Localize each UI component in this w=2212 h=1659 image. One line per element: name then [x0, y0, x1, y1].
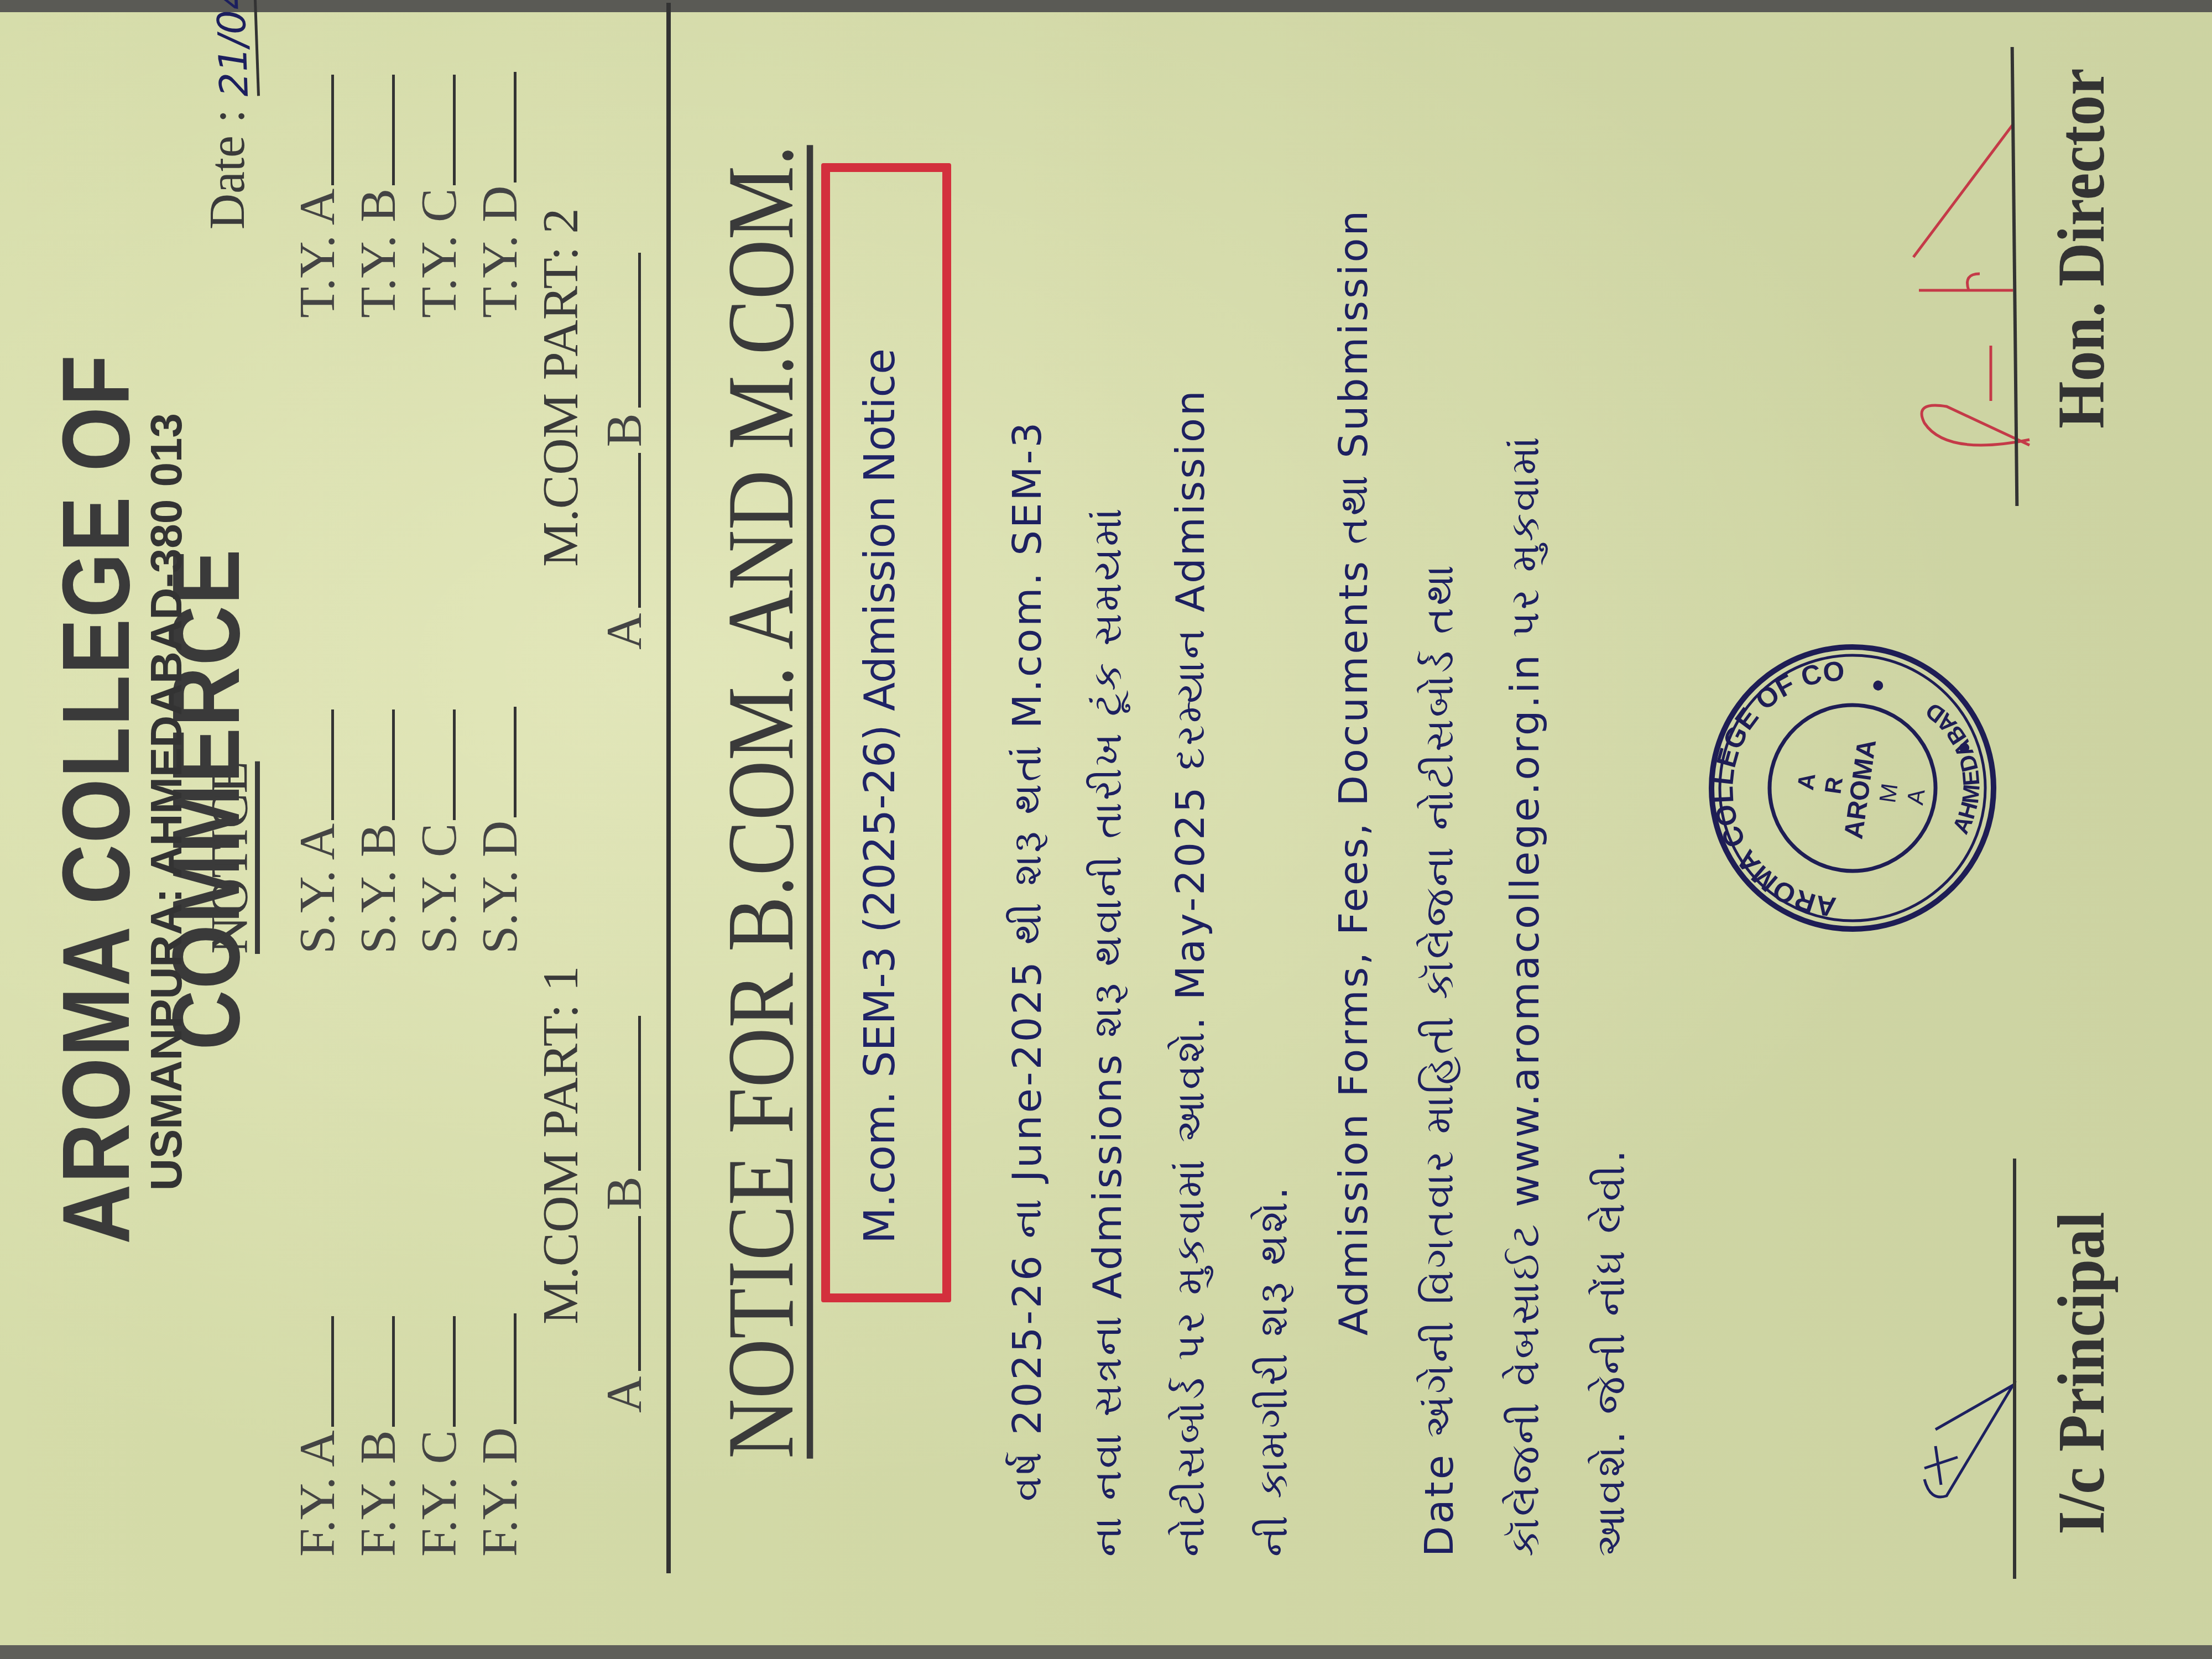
body-line-6: Date અંગેની વિગતવાર માહિતી કૉલેજના નોટીસ…	[1416, 563, 1463, 1557]
blank-line	[514, 707, 517, 817]
principal-signature-icon	[1902, 1280, 2046, 1512]
blank-line	[638, 453, 641, 608]
body-line-8: આવશે. જેની નોંધ લેવી.	[1587, 1148, 1635, 1557]
svg-text:R: R	[1819, 775, 1848, 796]
blank-line	[514, 72, 517, 182]
principal-title: I/c Principal	[2043, 1212, 2120, 1535]
director-title: Hon. Director	[2043, 68, 2120, 429]
mcom-part1-title: M.COM PART: 1	[531, 966, 589, 1324]
date-value: 21/04/2025	[204, 0, 260, 97]
body-line-1: વર્ષ 2025-26 ના June-2025 થી શરૂ થતાં M.…	[1004, 420, 1051, 1501]
mcom-part2-title: M.COM PART: 2	[531, 208, 589, 567]
class-ty-c: T.Y. C	[409, 75, 468, 318]
class-ty-b: T.Y. B	[348, 75, 407, 318]
principal-signature-line	[2013, 1159, 2016, 1579]
subject-box: M.com. SEM-3 (2025-26) Admission Notice	[821, 163, 951, 1302]
blank-line	[392, 709, 395, 820]
class-fy-c: F.Y. C	[409, 1316, 468, 1557]
class-ty-a: T.Y. A	[288, 75, 346, 318]
photo-top-border	[0, 0, 2212, 12]
college-seal-icon: AROMA COLLEGE OF COMMERCE AHMEDABAD A R …	[1683, 614, 2022, 962]
class-fy-a: F.Y. A	[288, 1316, 346, 1557]
blank-line	[331, 75, 334, 185]
blank-line	[453, 709, 456, 820]
class-sy-b: S.Y. B	[348, 709, 407, 954]
photo-bottom-border	[0, 1645, 2212, 1659]
mcom-part1-sections: AB	[594, 1010, 653, 1413]
date-field: Date : 21/04/2025	[199, 0, 256, 229]
blank-line	[638, 1016, 641, 1171]
svg-text:A: A	[1902, 787, 1929, 806]
blank-line	[453, 75, 456, 185]
notice-heading: NOTICE FOR B.COM. AND M.COM.	[706, 41, 816, 1562]
body-line-3: નોટીસબોર્ડ પર મુકવામાં આવશે. May-2025 દર…	[1167, 388, 1214, 1557]
notice-page: AROMA COLLEGE OF COMMERCE USMANPURA: AHM…	[0, 14, 2212, 1645]
svg-text:A: A	[1792, 771, 1820, 792]
date-label: Date :	[200, 109, 255, 229]
blank-line	[392, 75, 395, 185]
notice-label: NOTICE	[199, 761, 260, 954]
class-sy-c: S.Y. C	[409, 709, 468, 954]
svg-text:M: M	[1874, 782, 1902, 805]
class-fy-d: F.Y. D	[470, 1313, 529, 1557]
college-address: USMANPURA: AHMEDABAD-380 013	[141, 290, 192, 1313]
blank-line	[392, 1316, 395, 1427]
blank-line	[331, 709, 334, 820]
divider-rule	[666, 3, 671, 1573]
class-sy-a: S.Y. A	[288, 709, 346, 954]
mcom-part2-sections: AB	[594, 247, 653, 650]
blank-line	[638, 253, 641, 408]
class-ty-d: T.Y. D	[470, 72, 529, 318]
notice-photo: AROMA COLLEGE OF COMMERCE USMANPURA: AHM…	[0, 0, 2212, 1659]
body-line-4: ની કામગીરી શરૂ થશે.	[1250, 1185, 1297, 1557]
blank-line	[331, 1316, 334, 1427]
body-line-7: કૉલેજની વેબસાઈટ www.aromacollege.org.in …	[1501, 435, 1549, 1557]
body-line-2: ના નવા સત્રના Admissions શરૂ થવાની તારીખ…	[1084, 506, 1131, 1557]
body-line-5: Admission Forms, Fees, Documents તથા Sub…	[1330, 208, 1378, 1335]
subject-text: M.com. SEM-3 (2025-26) Admission Notice	[855, 348, 904, 1244]
blank-line	[638, 1216, 641, 1371]
blank-line	[453, 1316, 456, 1427]
class-sy-d: S.Y. D	[470, 707, 529, 954]
blank-line	[514, 1313, 517, 1424]
class-fy-b: F.Y. B	[348, 1316, 407, 1557]
